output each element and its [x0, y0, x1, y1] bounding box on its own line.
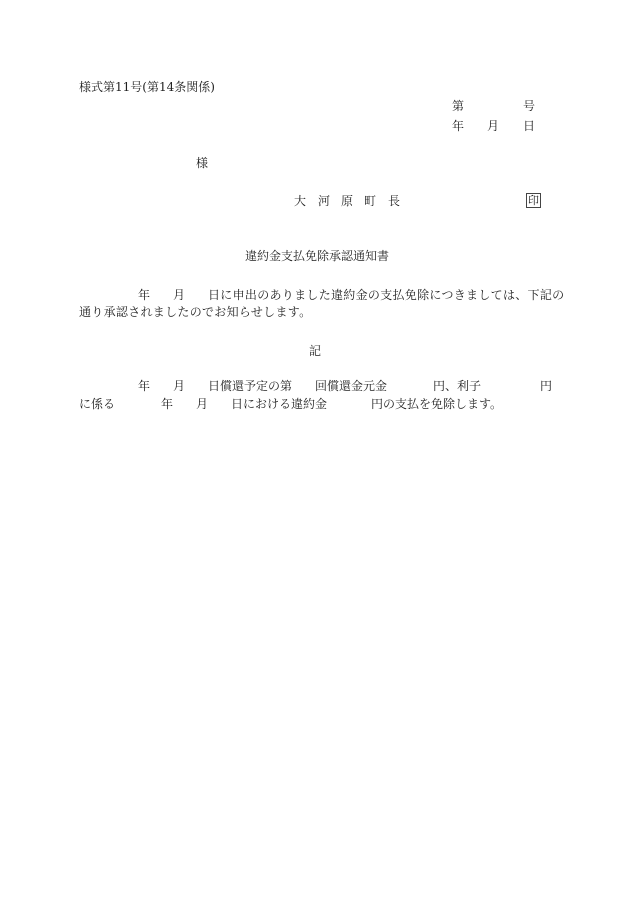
issuer-char-2: 河: [318, 194, 330, 208]
issuer-char-1: 大: [294, 194, 306, 208]
detail-line2-year: 年: [161, 397, 173, 411]
body-line1-year: 年: [138, 288, 150, 302]
date-year-label: 年: [452, 119, 464, 133]
detail-line1-year: 年: [138, 379, 150, 393]
form-number-label: 様式第11号(第14条関係): [79, 80, 215, 94]
document-page: 様式第11号(第14条関係) 第 号 年 月 日 様 大 河 原 町 長 印 違…: [0, 0, 630, 903]
body-line1-text: 日に申出のありました違約金の支払免除につきましては、下記の: [208, 288, 564, 302]
addressee-honorific: 様: [196, 156, 208, 170]
document-number-prefix: 第: [452, 99, 464, 113]
issuer-char-3: 原: [341, 194, 353, 208]
document-title: 違約金支払免除承認通知書: [245, 249, 389, 263]
body-line2-text: 通り承認されましたのでお知らせします。: [79, 305, 311, 319]
date-day-label: 日: [523, 119, 535, 133]
ki-heading: 記: [309, 344, 321, 358]
detail-line1-c: 円、利子: [433, 379, 481, 393]
detail-line2-a: に係る: [79, 397, 115, 411]
detail-line2-c: 円の支払を免除します。: [371, 397, 502, 411]
detail-line1-b: 回償還金元金: [315, 379, 387, 393]
document-number-suffix: 号: [523, 99, 535, 113]
detail-line1-d: 円: [540, 379, 552, 393]
seal-icon: 印: [526, 193, 541, 208]
detail-line1-month: 月: [173, 379, 185, 393]
issuer-char-4: 町: [364, 194, 376, 208]
issuer-char-5: 長: [388, 194, 400, 208]
detail-line1-a: 日償還予定の第: [208, 379, 292, 393]
detail-line2-b: 日における違約金: [231, 397, 327, 411]
date-month-label: 月: [487, 119, 499, 133]
body-line1-month: 月: [173, 288, 185, 302]
detail-line2-month: 月: [196, 397, 208, 411]
